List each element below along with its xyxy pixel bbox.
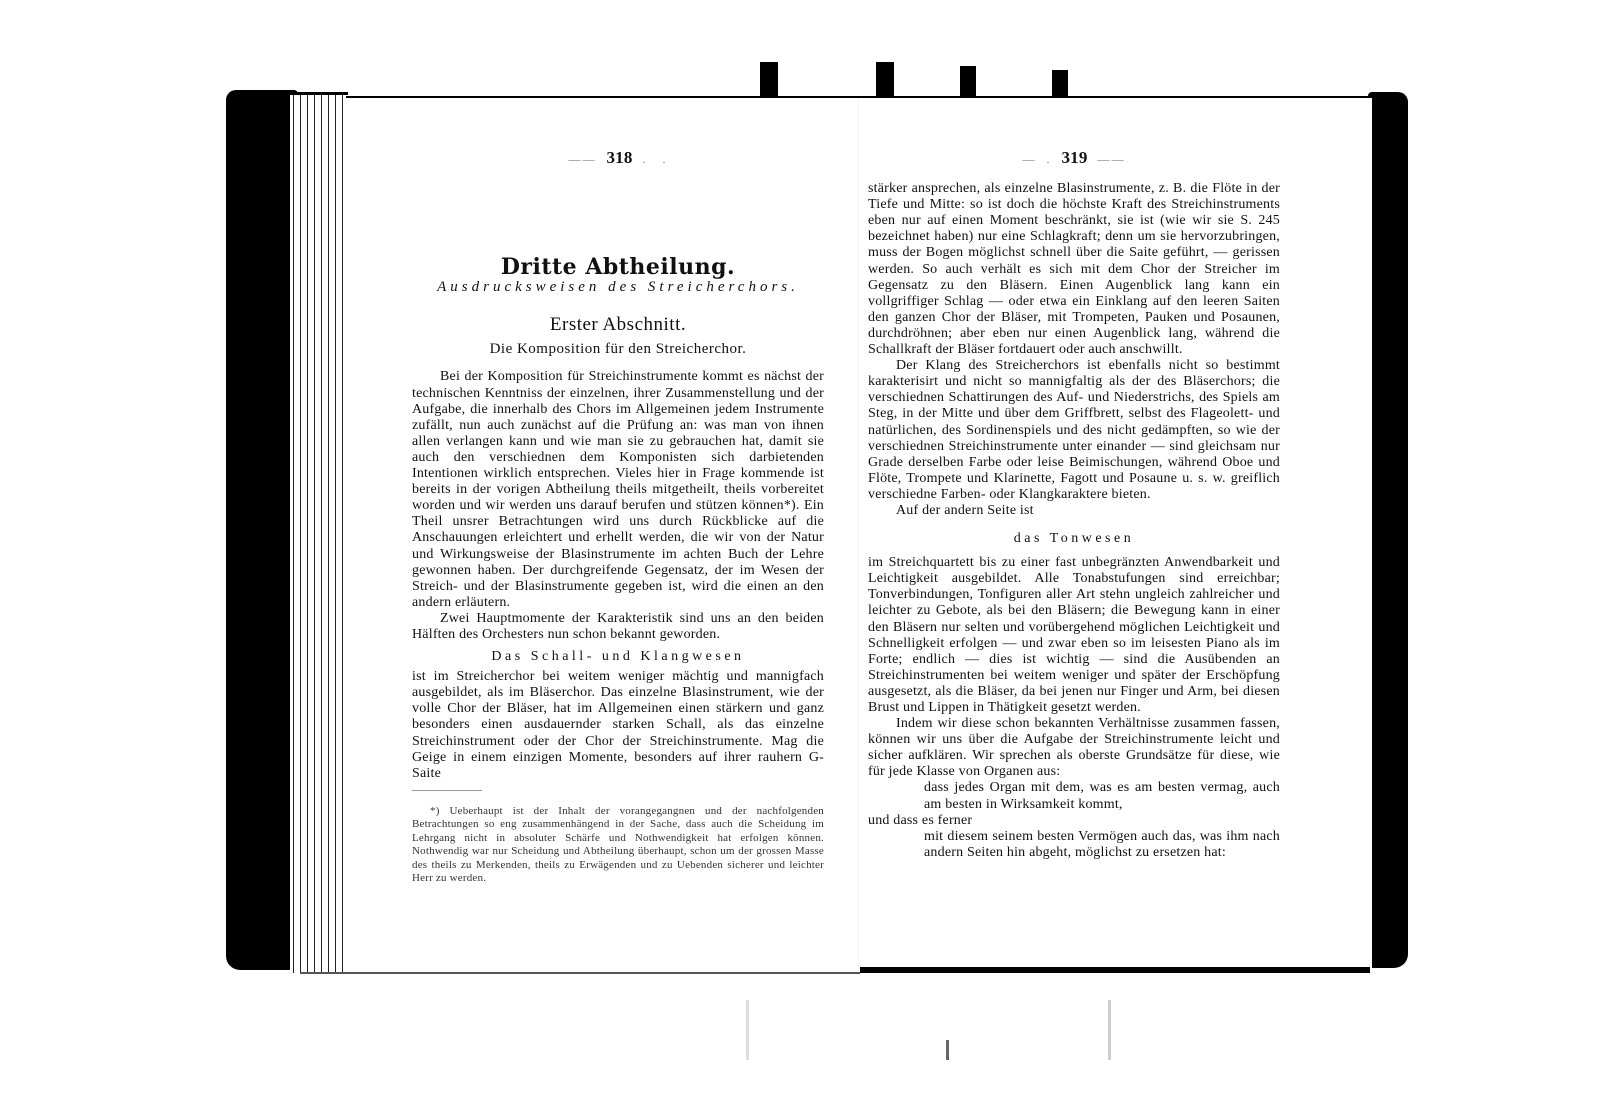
spaced-heading: Das Schall- und Klangwesen — [412, 649, 824, 665]
body-paragraph: Der Klang des Streicherchors ist ebenfal… — [868, 358, 1280, 503]
page-edge-bottom-right — [860, 967, 1370, 973]
book-gutter — [858, 100, 859, 970]
footnote-text: *) Ueberhaupt ist der Inhalt der vorange… — [412, 805, 824, 886]
scan-artifact — [946, 1040, 949, 1060]
book-cover-left — [226, 90, 298, 970]
footnote-divider — [412, 790, 482, 791]
header-rule: — . — [1022, 152, 1061, 166]
body-paragraph: ist im Streicherchor bei weitem weniger … — [412, 669, 824, 782]
book-cover-right — [1368, 92, 1408, 968]
subsection-title: Die Komposition für den Streicherchor. — [412, 341, 824, 357]
body-paragraph: stärker ansprechen, als einzelne Blasins… — [868, 181, 1280, 358]
right-page: — . 319 —— stärker ansprechen, als einze… — [868, 150, 1280, 861]
left-page: —— 318 . . Dritte Abtheilung. Ausdrucksw… — [412, 150, 824, 886]
division-subtitle: Ausdrucksweisen des Streicherchors. — [412, 279, 824, 295]
scan-artifact — [1108, 1000, 1111, 1060]
header-rule: —— — [568, 152, 606, 166]
page-number-left: —— 318 . . — [412, 150, 824, 167]
page-number-text: 319 — [1061, 148, 1087, 167]
footnote: *) Ueberhaupt ist der Inhalt der vorange… — [412, 805, 824, 886]
header-rule: . . — [633, 152, 668, 166]
division-title: Dritte Abtheilung. — [412, 259, 824, 275]
scan-artifact — [746, 1000, 749, 1060]
body-paragraph: Indem wir diese schon bekannten Verhältn… — [868, 716, 1280, 780]
body-connector: und dass es ferner — [868, 813, 1280, 829]
page-number-right: — . 319 —— — [868, 150, 1280, 167]
principle-quote: mit diesem seinem besten Vermögen auch d… — [868, 829, 1280, 861]
body-paragraph: Auf der andern Seite ist — [868, 503, 1280, 519]
page-edge-bottom-left — [300, 972, 860, 974]
body-paragraph: im Streichquartett bis zu einer fast unb… — [868, 555, 1280, 716]
page-number-text: 318 — [606, 148, 632, 167]
page-edges-left — [290, 92, 348, 973]
spaced-heading: das Tonwesen — [868, 531, 1280, 547]
header-rule: —— — [1088, 152, 1126, 166]
body-paragraph: Bei der Komposition für Streichinstrumen… — [412, 369, 824, 610]
section-title: Erster Abschnitt. — [412, 317, 824, 333]
principle-quote: dass jedes Organ mit dem, was es am best… — [868, 780, 1280, 812]
body-paragraph: Zwei Hauptmomente der Karakteristik sind… — [412, 611, 824, 643]
